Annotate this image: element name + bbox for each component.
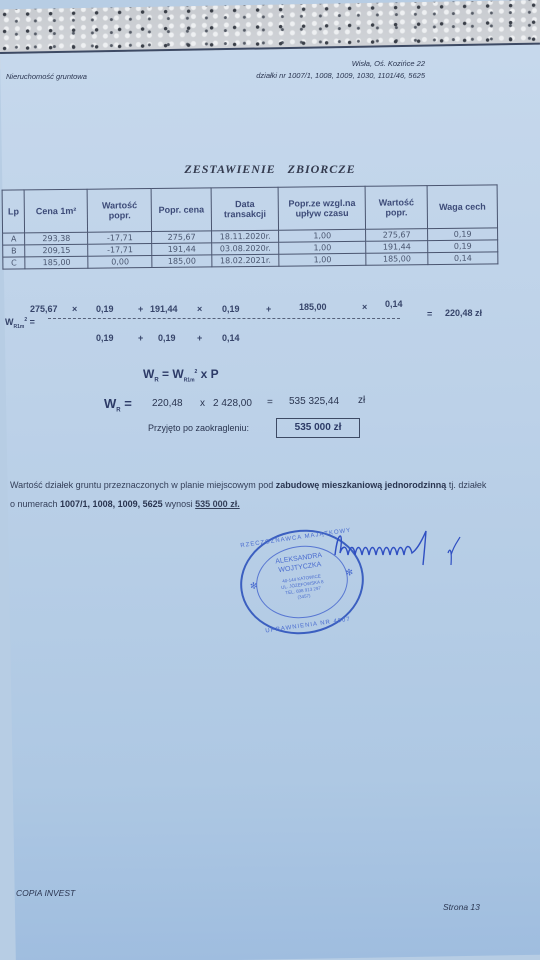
table-cell: 185,00 <box>152 255 212 268</box>
table-cell: 03.08.2020r. <box>212 242 280 255</box>
num-6: × <box>197 304 202 314</box>
wr-calc-sub: R <box>116 408 120 414</box>
result-equals: = <box>427 309 432 319</box>
col-lp: Lp <box>2 190 25 233</box>
table-cell: A <box>3 233 25 245</box>
num-2: × <box>72 304 77 314</box>
col-time-adjust: Popr.ze wzgl.na upływ czasu <box>278 186 365 230</box>
wr-calc-eq: = <box>267 397 273 408</box>
wr-def-right-sub: R1m <box>184 377 195 383</box>
wr-calc-b: 2 428,00 <box>213 398 252 409</box>
table-cell: 1,00 <box>279 241 366 254</box>
col-weight: Waga cech <box>427 185 497 229</box>
num-4: + <box>138 304 143 314</box>
header-property-type: Nieruchomość gruntowa <box>6 72 87 81</box>
table-cell: 185,00 <box>25 256 88 269</box>
summary-table: Lp Cena 1m² Wartość popr. Popr. cena Dat… <box>2 184 499 269</box>
formula-result: 220,48 zł <box>445 308 482 318</box>
table-cell: 0,19 <box>428 240 498 253</box>
table-cell: 275,67 <box>366 229 428 242</box>
wr-def-right: W <box>172 367 183 381</box>
den-1: 0,19 <box>96 333 114 343</box>
lhs-sub: R1m <box>14 324 25 330</box>
wr-calc-symbol: W <box>104 396 116 411</box>
table-cell: 0,00 <box>88 256 152 269</box>
num-10: × <box>362 302 367 312</box>
table-cell: B <box>3 245 25 257</box>
header-address: Wisła, Oś. Kozińce 22 <box>256 58 425 70</box>
num-3: 0,19 <box>96 304 114 314</box>
col-adjust-value: Wartość popr. <box>87 189 151 233</box>
den-2: + <box>138 333 143 343</box>
table-cell: 191,44 <box>366 241 428 254</box>
table-cell: -17,71 <box>88 244 152 257</box>
col-adjusted-price: Popr. cena <box>151 188 211 232</box>
wr-calc-a: 220,48 <box>152 398 183 409</box>
num-7: 0,19 <box>222 304 240 314</box>
header-location: Wisła, Oś. Kozińce 22 działki nr 1007/1,… <box>256 58 425 82</box>
den-4: + <box>197 333 202 343</box>
wr-calc-unit: zł <box>358 395 365 406</box>
num-8: + <box>266 304 271 314</box>
col-date: Data transakcji <box>211 187 279 231</box>
rounded-label: Przyjęto po zaokragleniu: <box>148 423 249 433</box>
wr-def-right-sup: 2 <box>195 369 198 375</box>
den-3: 0,19 <box>158 333 176 343</box>
table-cell: 18.02.2021r. <box>212 254 280 267</box>
header-parcels: działki nr 1007/1, 1008, 1009, 1030, 110… <box>256 70 425 82</box>
lhs-equals: = <box>30 317 35 327</box>
table-cell: C <box>3 257 25 269</box>
table-cell: 1,00 <box>279 253 366 266</box>
para-text-1: Wartość działek gruntu przeznaczonych w … <box>10 480 276 490</box>
table-header-row: Lp Cena 1m² Wartość popr. Popr. cena Dat… <box>2 185 497 233</box>
num-9: 185,00 <box>299 302 327 312</box>
num-5: 191,44 <box>150 304 178 314</box>
col-adjusted-value: Wartość popr. <box>365 186 428 230</box>
table-cell: 191,44 <box>152 243 212 256</box>
title-word-2: ZBIORCZE <box>288 162 356 176</box>
table-cell: 0,14 <box>428 252 498 265</box>
fraction-line <box>48 318 400 319</box>
formula-lhs: WR1m2 = <box>5 317 35 330</box>
wr-calc-label: WR = <box>104 396 132 414</box>
para-bold-parcels: 1007/1, 1008, 1009, 5625 <box>60 499 163 509</box>
conclusion-paragraph: Wartość działek gruntu przeznaczonych w … <box>10 476 490 514</box>
num-11: 0,14 <box>385 299 403 309</box>
signature-icon <box>330 525 470 575</box>
num-1: 275,67 <box>30 304 58 314</box>
wr-def-tail: x P <box>201 367 219 381</box>
rounded-value-box: 535 000 zł <box>276 418 360 438</box>
wr-calc-result: 535 325,44 <box>289 396 339 407</box>
table-cell: 185,00 <box>366 253 428 266</box>
table-cell: 293,38 <box>25 232 88 245</box>
title-word-1: ZESTAWIENIE <box>184 162 275 176</box>
lhs-symbol: W <box>5 317 14 327</box>
stamp-emblem-left-icon: ✻ <box>249 580 258 592</box>
page-title: ZESTAWIENIE ZBIORCZE <box>0 162 540 177</box>
table-cell: 1,00 <box>279 229 366 242</box>
para-text-3: wynosi <box>163 499 196 509</box>
col-price: Cena 1m² <box>24 189 88 233</box>
para-value: 535 000 zł. <box>195 499 240 509</box>
wr-def-left: W <box>143 367 154 381</box>
table-cell: -17,71 <box>88 232 152 245</box>
lhs-sup: 2 <box>24 317 27 323</box>
wr-definition: WR = WR1m2 x P <box>143 367 219 383</box>
table-cell: 18.11.2020r. <box>211 230 279 243</box>
wr-def-left-sub: R <box>154 377 158 383</box>
footer-company: COPIA INVEST <box>16 888 75 898</box>
wr-calc-op: x <box>200 398 205 409</box>
table-cell: 0,19 <box>428 228 498 241</box>
table-cell: 275,67 <box>152 231 212 244</box>
den-5: 0,14 <box>222 333 240 343</box>
para-bold-zoning: zabudowę mieszkaniową jednorodzinną <box>276 480 447 490</box>
footer-page-number: Strona 13 <box>443 902 480 912</box>
table-cell: 209,15 <box>25 244 88 257</box>
